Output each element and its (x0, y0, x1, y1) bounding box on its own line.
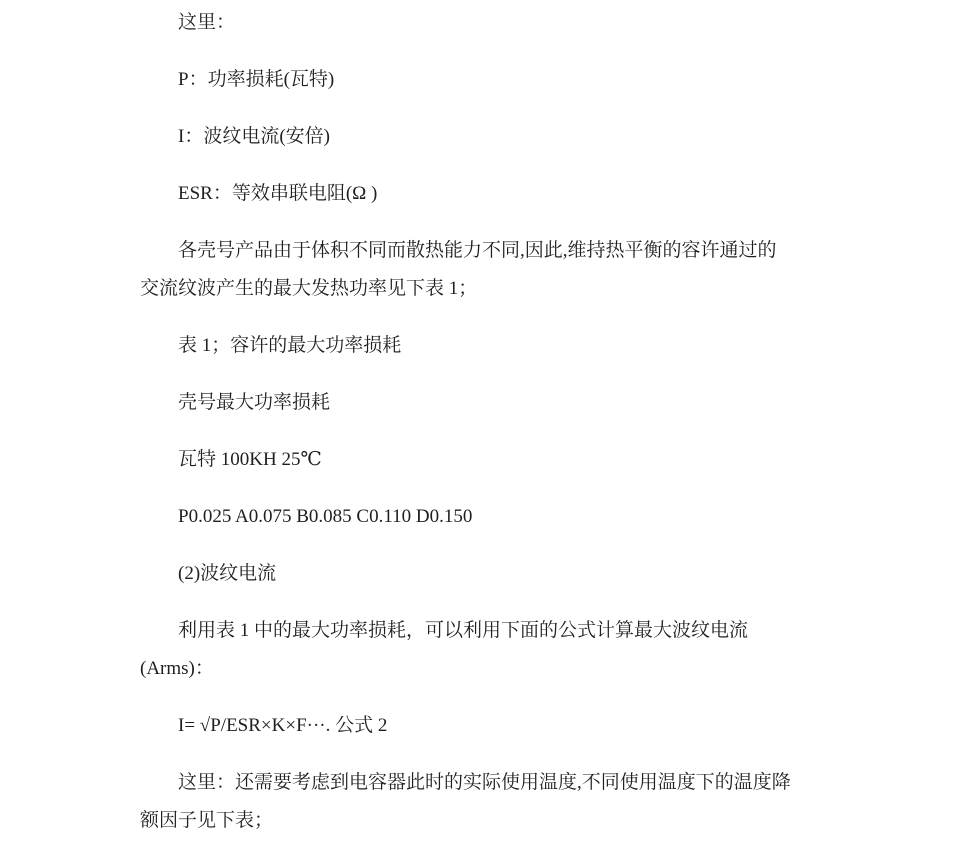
table-header-line: 壳号最大功率损耗 (140, 384, 834, 422)
text-line: ESR：等效串联电阻(Ω ) (140, 175, 834, 213)
text-line: 各壳号产品由于体积不同而散热能力不同,因此,维持热平衡的容许通过的 (140, 232, 834, 270)
paragraph-heat-balance: 各壳号产品由于体积不同而散热能力不同,因此,维持热平衡的容许通过的 交流纹波产生… (140, 232, 834, 308)
paragraph-formula-2: I= √P/ESR×K×F···. 公式 2 (140, 707, 834, 745)
document-page: 这里： P：功率损耗(瓦特) I：波纹电流(安倍) ESR：等效串联电阻(Ω )… (0, 0, 954, 850)
text-line: 这里：还需要考虑到电容器此时的实际使用温度,不同使用温度下的温度降 (140, 764, 834, 802)
paragraph-table1-units: 瓦特 100KH 25℃ (140, 441, 834, 479)
paragraph-intro-here: 这里： (140, 4, 834, 42)
text-line: P：功率损耗(瓦特) (140, 61, 834, 99)
section-heading: (2)波纹电流 (140, 555, 834, 593)
text-line: (Arms)： (140, 650, 834, 688)
text-line: 利用表 1 中的最大功率损耗，可以利用下面的公式计算最大波纹电流 (140, 612, 834, 650)
paragraph-table1-header: 壳号最大功率损耗 (140, 384, 834, 422)
text-line: I：波纹电流(安倍) (140, 118, 834, 156)
paragraph-def-power-loss: P：功率损耗(瓦特) (140, 61, 834, 99)
paragraph-table1-values: P0.025 A0.075 B0.085 C0.110 D0.150 (140, 498, 834, 536)
paragraph-temp-derating: 这里：还需要考虑到电容器此时的实际使用温度,不同使用温度下的温度降 额因子见下表… (140, 764, 834, 840)
paragraph-ripple-calc: 利用表 1 中的最大功率损耗，可以利用下面的公式计算最大波纹电流 (Arms)： (140, 612, 834, 688)
text-line: 交流纹波产生的最大发热功率见下表 1； (140, 270, 834, 308)
table-caption: 表 1；容许的最大功率损耗 (140, 327, 834, 365)
paragraph-def-ripple-current: I：波纹电流(安倍) (140, 118, 834, 156)
paragraph-def-esr: ESR：等效串联电阻(Ω ) (140, 175, 834, 213)
table-values-line: P0.025 A0.075 B0.085 C0.110 D0.150 (140, 498, 834, 536)
paragraph-section-ripple: (2)波纹电流 (140, 555, 834, 593)
table-units-line: 瓦特 100KH 25℃ (140, 441, 834, 479)
formula-line: I= √P/ESR×K×F···. 公式 2 (140, 707, 834, 745)
paragraph-table1-caption: 表 1；容许的最大功率损耗 (140, 327, 834, 365)
text-line: 这里： (140, 4, 834, 42)
text-line: 额因子见下表； (140, 802, 834, 840)
